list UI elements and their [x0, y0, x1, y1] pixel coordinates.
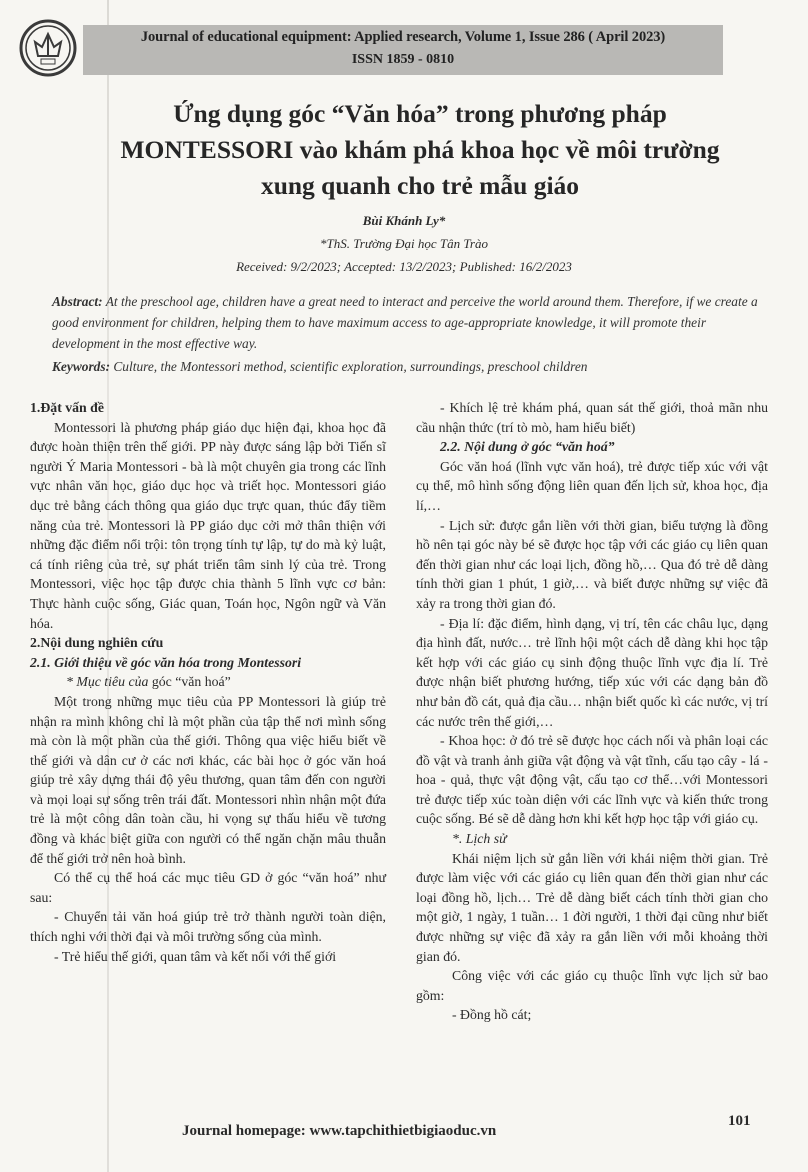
- abstract-label: Abstract:: [52, 294, 103, 309]
- page-number: 101: [728, 1113, 751, 1130]
- keywords-text: Culture, the Montessori method, scientif…: [110, 359, 587, 374]
- subsection-heading-2-2: 2.2. Nội dung ở góc “văn hoá”: [416, 437, 768, 457]
- bullet-item: - Chuyển tải văn hoá giúp trẻ trở thành …: [30, 907, 386, 946]
- paragraph: Khái niệm lịch sử gắn liền với khái niệm…: [416, 849, 768, 967]
- publication-dates: Received: 9/2/2023; Accepted: 13/2/2023;…: [0, 259, 808, 275]
- paragraph: Một trong những mục tiêu của PP Montesso…: [30, 692, 386, 868]
- paragraph: Công việc với các giáo cụ thuộc lĩnh vực…: [416, 966, 768, 1005]
- keywords-label: Keywords:: [52, 359, 110, 374]
- bullet-science: - Khoa học: ở đó trẻ sẽ được học cách nố…: [416, 731, 768, 829]
- right-column: - Khích lệ trẻ khám phá, quan sát thế gi…: [416, 398, 768, 1025]
- journal-homepage: Journal homepage: www.tapchithietbigiaod…: [182, 1123, 496, 1140]
- left-column: 1.Đặt vấn đề Montessori là phương pháp g…: [30, 398, 386, 966]
- bullet-item: - Đồng hồ cát;: [416, 1005, 768, 1025]
- bullet-geography: - Địa lí: đặc điểm, hình dạng, vị trí, t…: [416, 614, 768, 732]
- subsection-heading-2-1: 2.1. Giới thiệu về góc văn hóa trong Mon…: [30, 653, 386, 673]
- abstract: Abstract: At the preschool age, children…: [52, 291, 774, 354]
- objective-subheading-plain: góc “văn hoá”: [148, 674, 230, 689]
- title-line: xung quanh cho trẻ mẫu giáo: [60, 168, 780, 204]
- author-affiliation: *ThS. Trường Đại học Tân Trào: [0, 236, 808, 252]
- paragraph: Montessori là phương pháp giáo dục hiện …: [30, 418, 386, 634]
- issn: ISSN 1859 - 0810: [83, 52, 723, 68]
- author-name: Bùi Khánh Ly*: [0, 213, 808, 229]
- objective-subheading: * Mục tiêu của góc “văn hoá”: [30, 672, 386, 692]
- section-heading-1: 1.Đặt vấn đề: [30, 398, 386, 418]
- title-line: Ứng dụng góc “Văn hóa” trong phương pháp: [60, 96, 780, 132]
- paragraph: Góc văn hoá (lĩnh vực văn hoá), trẻ được…: [416, 457, 768, 516]
- article-title: Ứng dụng góc “Văn hóa” trong phương pháp…: [60, 96, 780, 204]
- journal-logo-icon: [18, 18, 78, 78]
- bullet-item: - Trẻ hiểu thế giới, quan tâm và kết nối…: [30, 947, 386, 967]
- title-line: MONTESSORI vào khám phá khoa học về môi …: [60, 132, 780, 168]
- objective-subheading-italic: * Mục tiêu của: [66, 674, 148, 689]
- paragraph: Có thể cụ thể hoá các mục tiêu GD ở góc …: [30, 868, 386, 907]
- abstract-text: At the preschool age, children have a gr…: [52, 294, 758, 351]
- keywords: Keywords: Culture, the Montessori method…: [52, 356, 774, 377]
- bullet-history: - Lịch sử: được gắn liền với thời gian, …: [416, 516, 768, 614]
- bullet-item: - Khích lệ trẻ khám phá, quan sát thế gi…: [416, 398, 768, 437]
- history-subheading: *. Lịch sử: [416, 829, 768, 849]
- journal-header-band: Journal of educational equipment: Applie…: [83, 25, 723, 75]
- section-heading-2: 2.Nội dung nghiên cứu: [30, 633, 386, 653]
- journal-citation: Journal of educational equipment: Applie…: [83, 29, 723, 46]
